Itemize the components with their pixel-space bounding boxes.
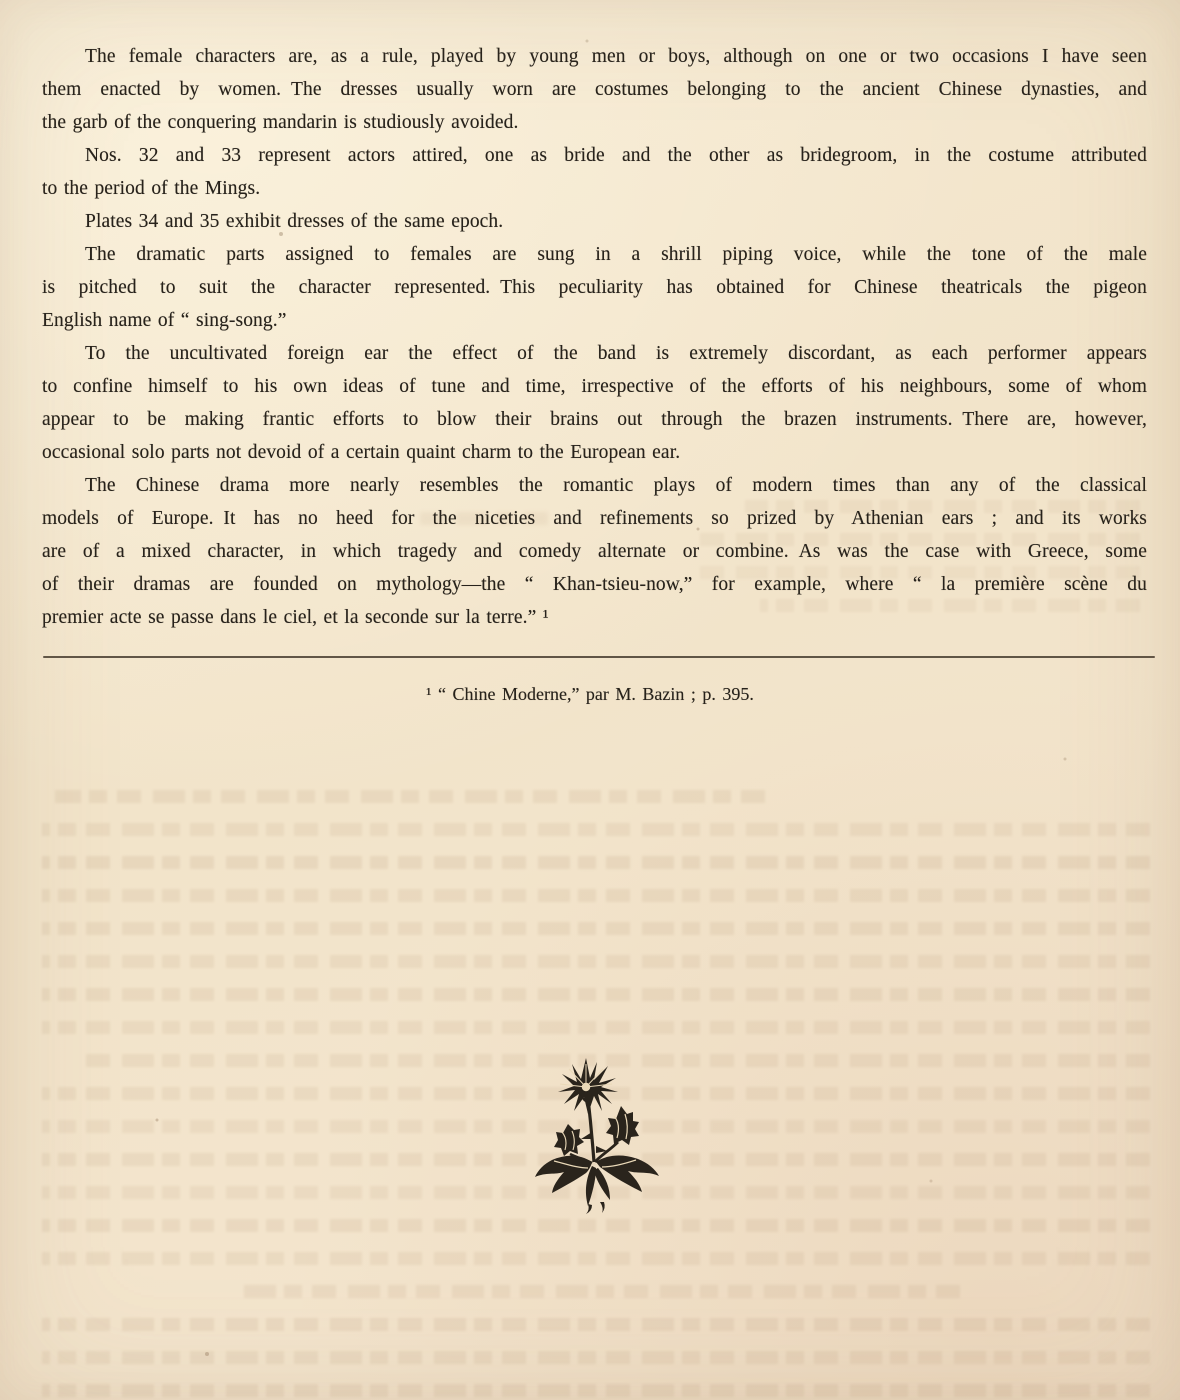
body-line: English name of “ sing-song.” (42, 304, 1147, 337)
body-line: to the period of the Mings. (42, 172, 1147, 205)
body-line: are of a mixed character, in which trage… (42, 535, 1147, 568)
body-line: To the uncultivated foreign ear the effe… (42, 337, 1147, 370)
showthrough-line (42, 1318, 1150, 1331)
body-line: models of Europe. It has no heed for the… (42, 502, 1147, 535)
body-line: is pitched to suit the character represe… (42, 271, 1147, 304)
body-line: appear to be making frantic efforts to b… (42, 403, 1147, 436)
paper-specks (0, 0, 2, 2)
showthrough-line (240, 1285, 960, 1298)
body-line: occasional solo parts not devoid of a ce… (42, 436, 1147, 469)
showthrough-line (55, 790, 765, 803)
body-line: The dramatic parts assigned to females a… (42, 238, 1147, 271)
body-line: The Chinese drama more nearly resembles … (42, 469, 1147, 502)
body-line: the garb of the conquering mandarin is s… (42, 106, 1147, 139)
showthrough-line (42, 1219, 1150, 1232)
showthrough-line (42, 922, 1150, 935)
footnote-rule (43, 656, 1155, 658)
body-line: premier acte se passe dans le ciel, et l… (42, 601, 1147, 634)
showthrough-line (42, 1351, 1150, 1364)
showthrough-line (42, 856, 1150, 869)
showthrough-line (42, 1384, 1150, 1397)
body-line: of their dramas are founded on mythology… (42, 568, 1147, 601)
showthrough-line (42, 988, 1150, 1001)
showthrough-line (42, 1252, 1150, 1265)
body-line: The female characters are, as a rule, pl… (42, 40, 1147, 73)
flower-engraving-illustration (528, 1054, 670, 1216)
body-text: The female characters are, as a rule, pl… (42, 40, 1147, 634)
showthrough-line (42, 823, 1150, 836)
footnote: ¹ “ Chine Moderne,” par M. Bazin ; p. 39… (0, 682, 1180, 706)
showthrough-line (42, 889, 1150, 902)
body-line: to confine himself to his own ideas of t… (42, 370, 1147, 403)
body-line: Nos. 32 and 33 represent actors attired,… (42, 139, 1147, 172)
body-line: Plates 34 and 35 exhibit dresses of the … (42, 205, 1147, 238)
book-page: The female characters are, as a rule, pl… (0, 0, 1180, 1400)
showthrough-line (42, 955, 1150, 968)
showthrough-line (42, 1021, 1150, 1034)
body-line: them enacted by women. The dresses usual… (42, 73, 1147, 106)
